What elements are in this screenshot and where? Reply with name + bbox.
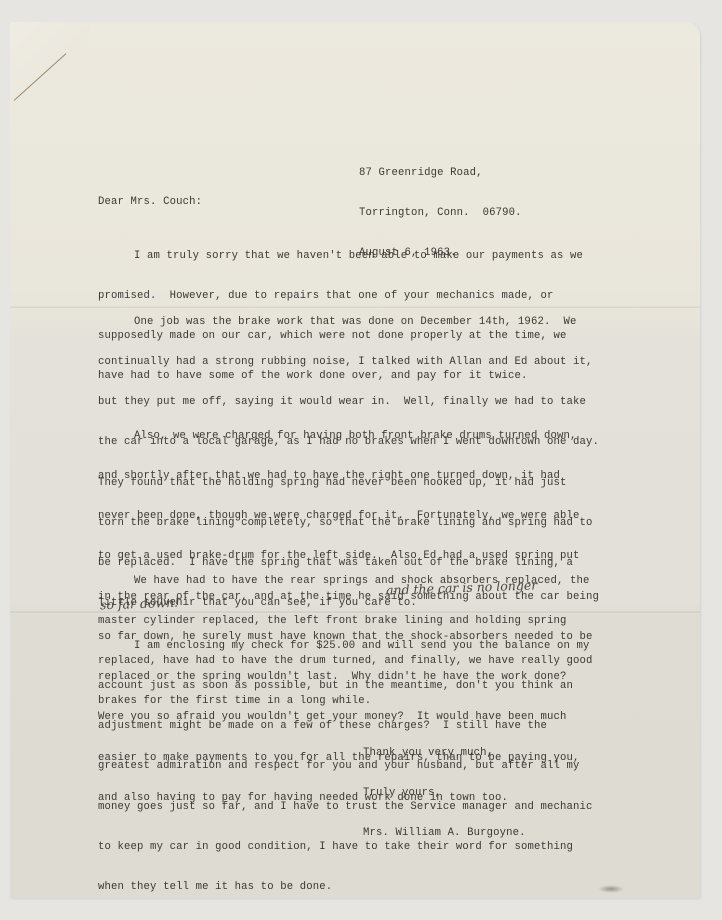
address-city: Torrington, Conn. 06790. [359,207,522,220]
text-line: never been done, though we were charged … [98,510,599,523]
salutation: Dear Mrs. Couch: [98,196,202,209]
text-line: continually had a strong rubbing noise, … [98,356,599,369]
handwritten-note-line-2: so far down! [100,595,180,613]
closing-block: Thank you very much, Truly yours, Mrs. W… [363,720,526,854]
paper-stain [598,885,624,893]
closing-valediction: Truly yours, [363,787,526,800]
text-line: and shortly after that we had to have th… [98,470,599,483]
closing-thanks: Thank you very much, [363,747,526,760]
text-line: when they tell me it has to be done. [98,881,593,894]
text-line: Also, we were charged for having both fr… [98,430,599,443]
text-line: account just as soon as possible, but in… [98,680,593,693]
text-line: One job was the brake work that was done… [98,316,599,329]
text-line: I am truly sorry that we haven't been ab… [98,250,583,263]
text-line: I am enclosing my check for $25.00 and w… [98,640,593,653]
signature-name: Mrs. William A. Burgoyne. [363,827,526,840]
address-street: 87 Greenridge Road, [359,167,522,180]
